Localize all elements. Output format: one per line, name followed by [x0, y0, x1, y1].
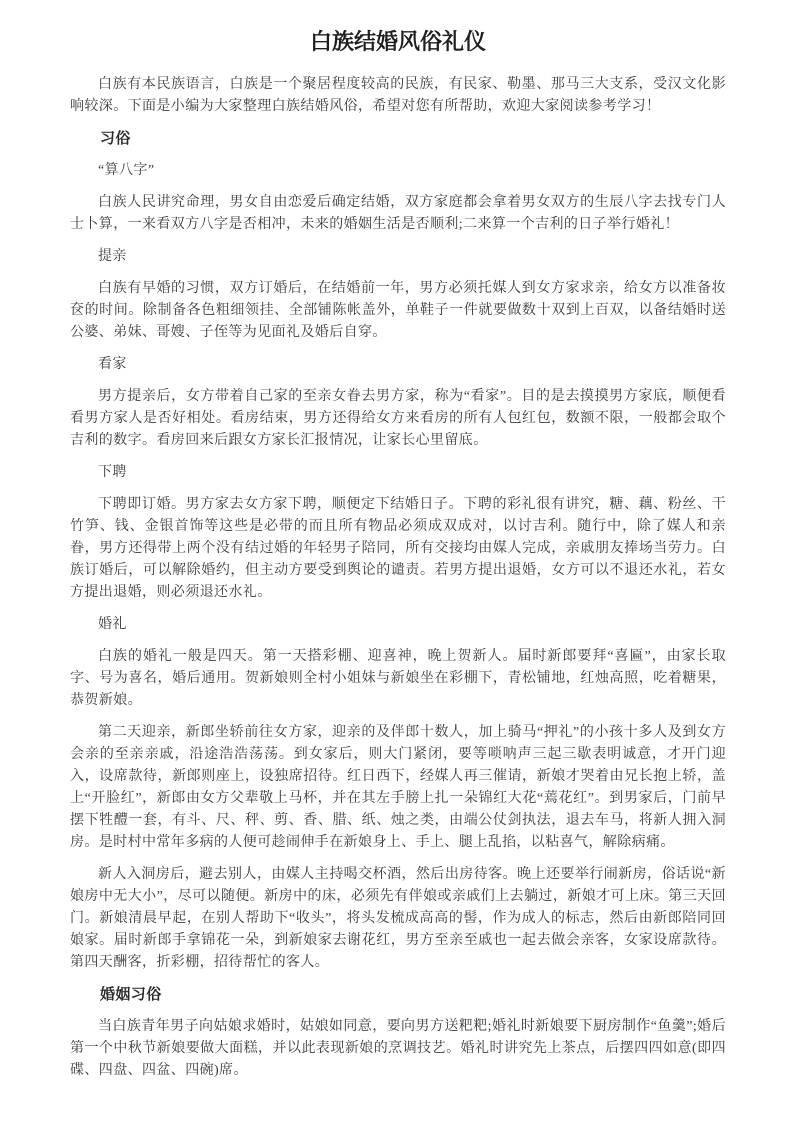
document-page: 白族结婚风俗礼仪 白族有本民族语言，白族是一个聚居程度较高的民族，有民家、勒墨、… — [0, 0, 794, 1123]
document-title: 白族结婚风俗礼仪 — [70, 26, 726, 58]
heading-marriage-customs: 婚姻习俗 — [70, 984, 726, 1006]
subheading-hunli: 婚礼 — [70, 614, 726, 636]
paragraph-xiapin: 下聘即订婚。男方家去女方家下聘，顺便定下结婚日子。下聘的彩礼很有讲究，糖、藕、粉… — [70, 494, 726, 604]
paragraph-tiqin: 白族有早婚的习惯，双方订婚后，在结婚前一年，男方必须托媒人到女方家求亲，给女方以… — [70, 278, 726, 344]
paragraph-hunli-day1: 白族的婚礼一般是四天。第一天搭彩棚、迎喜神，晚上贺新人。届时新郎要拜“喜匾”，由… — [70, 646, 726, 712]
subheading-tiqin: 提亲 — [70, 246, 726, 268]
paragraph-suan-bazi: 白族人民讲究命理，男女自由恋爱后确定结婚，双方家庭都会拿着男女双方的生辰八字去找… — [70, 192, 726, 236]
paragraph-marriage-customs: 当白族青年男子向姑娘求婚时，姑娘如同意，要向男方送粑粑;婚礼时新娘要下厨房制作“… — [70, 1016, 726, 1082]
subheading-kanjia: 看家 — [70, 354, 726, 376]
subheading-suan-bazi: “算八字” — [70, 160, 726, 182]
paragraph-hunli-day2: 第二天迎亲，新郎坐轿前往女方家，迎亲的及伴郎十数人，加上骑马“押礼”的小孩十多人… — [70, 722, 726, 854]
subheading-xiapin: 下聘 — [70, 462, 726, 484]
heading-customs: 习俗 — [70, 128, 726, 150]
paragraph-kanjia: 男方提亲后，女方带着自己家的至亲女眷去男方家，称为“看家”。目的是去摸摸男方家底… — [70, 386, 726, 452]
paragraph-intro: 白族有本民族语言，白族是一个聚居程度较高的民族，有民家、勒墨、那马三大支系，受汉… — [70, 74, 726, 118]
paragraph-hunli-day3-4: 新人入洞房后，避去别人，由媒人主持喝交杯酒，然后出房待客。晚上还要举行闹新房，俗… — [70, 864, 726, 974]
